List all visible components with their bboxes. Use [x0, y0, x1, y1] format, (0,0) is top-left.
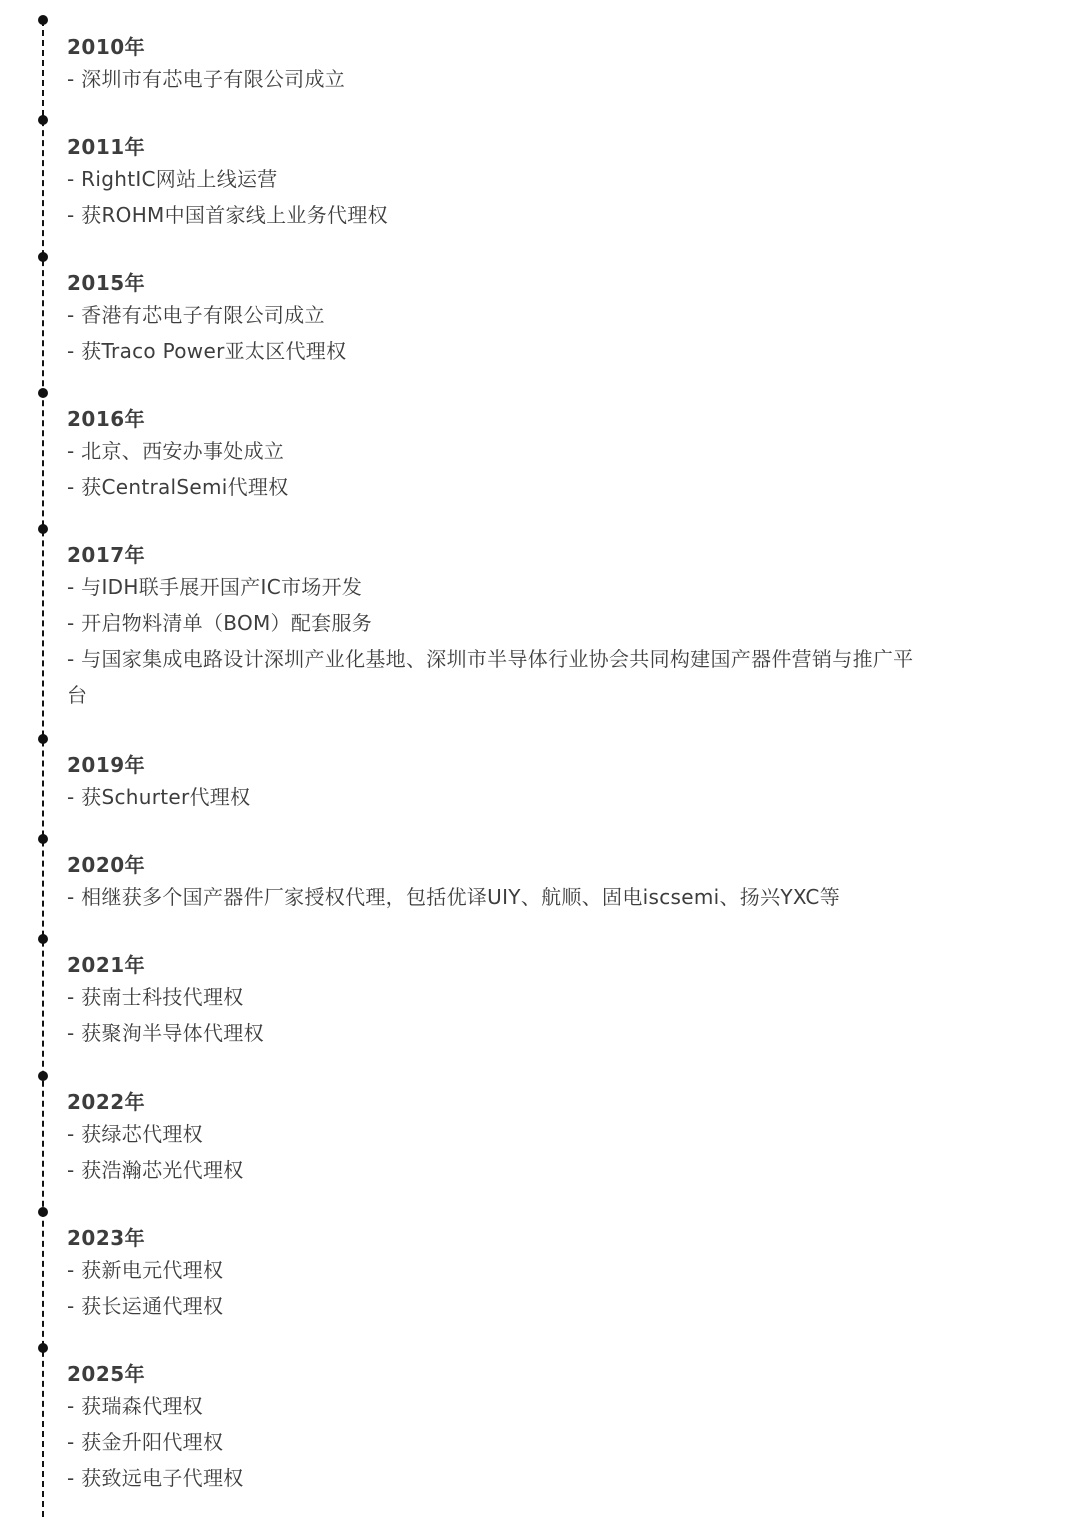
milestone-item: - 获长运通代理权: [67, 1288, 947, 1324]
timeline-start-dot-icon: [38, 15, 48, 25]
timeline-entry-2025: 2025年 - 获瑞森代理权 - 获金升阳代理权 - 获致远电子代理权: [67, 1360, 947, 1496]
milestone-item: - 获绿芯代理权: [67, 1116, 947, 1152]
milestone-item: - 获Schurter代理权: [67, 779, 947, 815]
milestone-item: - 香港有芯电子有限公司成立: [67, 297, 947, 333]
timeline-dot-icon: [38, 388, 48, 398]
milestone-item: - 与国家集成电路设计深圳产业化基地、深圳市半导体行业协会共同构建国产器件营销与…: [67, 641, 917, 713]
milestone-item: - 获浩瀚芯光代理权: [67, 1152, 947, 1188]
year-heading: 2021年: [67, 951, 947, 979]
timeline-dot-icon: [38, 1207, 48, 1217]
year-heading: 2023年: [67, 1224, 947, 1252]
timeline-entry-2010: 2010年 - 深圳市有芯电子有限公司成立: [67, 33, 947, 97]
timeline-entry-2017: 2017年 - 与IDH联手展开国产IC市场开发 - 开启物料清单（BOM）配套…: [67, 541, 947, 713]
year-heading: 2015年: [67, 269, 947, 297]
milestone-item: - 获南士科技代理权: [67, 979, 947, 1015]
milestone-item: - 北京、西安办事处成立: [67, 433, 947, 469]
timeline-dot-icon: [38, 834, 48, 844]
year-heading: 2019年: [67, 751, 947, 779]
timeline-entry-2019: 2019年 - 获Schurter代理权: [67, 751, 947, 815]
milestone-item: - RightIC网站上线运营: [67, 161, 947, 197]
milestone-item: - 获聚洵半导体代理权: [67, 1015, 947, 1051]
timeline-dot-icon: [38, 1071, 48, 1081]
timeline-entry-2020: 2020年 - 相继获多个国产器件厂家授权代理，包括优译UIY、航顺、固电isc…: [67, 851, 947, 915]
timeline-entry-2011: 2011年 - RightIC网站上线运营 - 获ROHM中国首家线上业务代理权: [67, 133, 947, 233]
timeline-entry-2021: 2021年 - 获南士科技代理权 - 获聚洵半导体代理权: [67, 951, 947, 1051]
milestone-item: - 获CentralSemi代理权: [67, 469, 947, 505]
year-heading: 2011年: [67, 133, 947, 161]
timeline-dot-icon: [38, 115, 48, 125]
milestone-item: - 获瑞森代理权: [67, 1388, 947, 1424]
year-heading: 2017年: [67, 541, 947, 569]
milestone-item: - 获ROHM中国首家线上业务代理权: [67, 197, 947, 233]
milestone-item: - 获Traco Power亚太区代理权: [67, 333, 947, 369]
year-heading: 2010年: [67, 33, 947, 61]
year-heading: 2022年: [67, 1088, 947, 1116]
milestone-item: - 获新电元代理权: [67, 1252, 947, 1288]
milestone-item: - 获金升阳代理权: [67, 1424, 947, 1460]
milestone-item: - 相继获多个国产器件厂家授权代理，包括优译UIY、航顺、固电iscsemi、扬…: [67, 879, 947, 915]
year-heading: 2025年: [67, 1360, 947, 1388]
timeline-dashed-line: [42, 20, 44, 1517]
milestone-item: - 与IDH联手展开国产IC市场开发: [67, 569, 947, 605]
timeline-entry-2022: 2022年 - 获绿芯代理权 - 获浩瀚芯光代理权: [67, 1088, 947, 1188]
milestone-item: - 深圳市有芯电子有限公司成立: [67, 61, 947, 97]
year-heading: 2020年: [67, 851, 947, 879]
milestone-item: - 获致远电子代理权: [67, 1460, 947, 1496]
year-heading: 2016年: [67, 405, 947, 433]
timeline-entry-2023: 2023年 - 获新电元代理权 - 获长运通代理权: [67, 1224, 947, 1324]
timeline-dot-icon: [38, 734, 48, 744]
timeline-dot-icon: [38, 934, 48, 944]
milestone-item: - 开启物料清单（BOM）配套服务: [67, 605, 947, 641]
timeline-dot-icon: [38, 1343, 48, 1353]
timeline-entry-2015: 2015年 - 香港有芯电子有限公司成立 - 获Traco Power亚太区代理…: [67, 269, 947, 369]
timeline-dot-icon: [38, 252, 48, 262]
timeline-dot-icon: [38, 524, 48, 534]
timeline-entry-2016: 2016年 - 北京、西安办事处成立 - 获CentralSemi代理权: [67, 405, 947, 505]
